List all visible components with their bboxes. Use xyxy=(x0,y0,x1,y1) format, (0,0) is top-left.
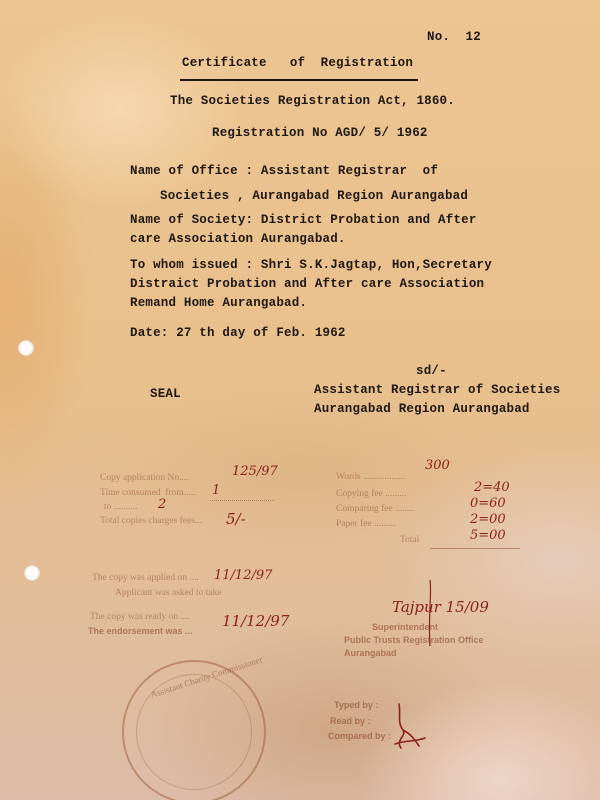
words-label: Words .................. xyxy=(336,472,406,482)
time-to-value: 2 xyxy=(158,497,166,512)
applied-on-label: The copy was applied on .... xyxy=(92,573,199,583)
punch-hole-bottom xyxy=(24,565,40,581)
document-paper xyxy=(0,0,600,800)
time-from-value: 1 xyxy=(212,483,220,498)
society-line-2: care Association Aurangabad. xyxy=(130,232,346,246)
title-underline xyxy=(180,79,418,81)
total-fees-value: 5/- xyxy=(226,510,246,528)
office-line-1: Name of Office : Assistant Registrar of xyxy=(130,164,438,178)
certificate-title: Certificate of Registration xyxy=(182,56,413,70)
applicant-asked-label: Applicant was asked to take xyxy=(115,588,222,598)
signatory-line-2: Aurangabad Region Aurangabad xyxy=(314,402,530,416)
endorsement-label: The endorsement was ... xyxy=(88,626,193,636)
paper-fee-value: 2=00 xyxy=(470,512,506,527)
superintendent-signature-stroke xyxy=(410,578,450,648)
compared-by-label: Compared by : xyxy=(328,731,391,741)
time-from-line xyxy=(210,500,275,501)
act-line: The Societies Registration Act, 1860. xyxy=(170,94,455,108)
signed-mark: sd/- xyxy=(416,364,447,378)
copying-fee-value: 2=40 xyxy=(474,480,510,495)
office-line-2: Societies , Aurangabad Region Aurangabad xyxy=(160,189,468,203)
circular-seal-stamp: Assistant Charity Commissioner xyxy=(122,660,266,800)
copy-application-value: 125/97 xyxy=(232,464,278,479)
time-from-label: Time consumed from..... xyxy=(100,488,196,498)
typed-by-label: Typed by : xyxy=(334,700,378,710)
issued-line-1: To whom issued : Shri S.K.Jagtap, Hon,Se… xyxy=(130,258,492,272)
issued-line-2: Distraict Probation and After care Assoc… xyxy=(130,277,484,291)
punch-hole-top xyxy=(18,340,34,356)
total-underline xyxy=(430,548,520,549)
comparing-fee-label: Comparing fee ........ xyxy=(336,504,414,514)
registration-number: Registration No AGD/ 5/ 1962 xyxy=(212,126,428,140)
signatory-line-1: Assistant Registrar of Societies xyxy=(314,383,560,397)
read-by-label: Read by : xyxy=(330,716,371,726)
paper-fee-label: Paper fee ......... xyxy=(336,519,395,529)
certificate-number: No. 12 xyxy=(427,30,481,44)
comparing-fee-value: 0=60 xyxy=(470,496,506,511)
seal-label: SEAL xyxy=(150,387,181,401)
applied-on-value: 11/12/97 xyxy=(214,568,272,583)
words-value: 300 xyxy=(425,458,450,473)
registration-office-city: Aurangabad xyxy=(344,648,397,658)
form-total-value: 5=00 xyxy=(470,528,506,543)
ready-on-value: 11/12/97 xyxy=(222,612,289,630)
copying-fee-label: Copying fee ......... xyxy=(336,489,406,499)
copy-application-label: Copy application No.... xyxy=(100,473,189,483)
initials-signature xyxy=(385,700,445,760)
ready-on-label: The copy was ready on .... xyxy=(90,612,190,622)
society-line-1: Name of Society: District Probation and … xyxy=(130,213,477,227)
issued-line-3: Remand Home Aurangabad. xyxy=(130,296,307,310)
issue-date: Date: 27 th day of Feb. 1962 xyxy=(130,326,346,340)
time-to-label: to .......... xyxy=(104,502,138,512)
form-total-label: Total xyxy=(400,535,419,545)
total-fees-label: Total copies charges fees... xyxy=(100,516,202,526)
